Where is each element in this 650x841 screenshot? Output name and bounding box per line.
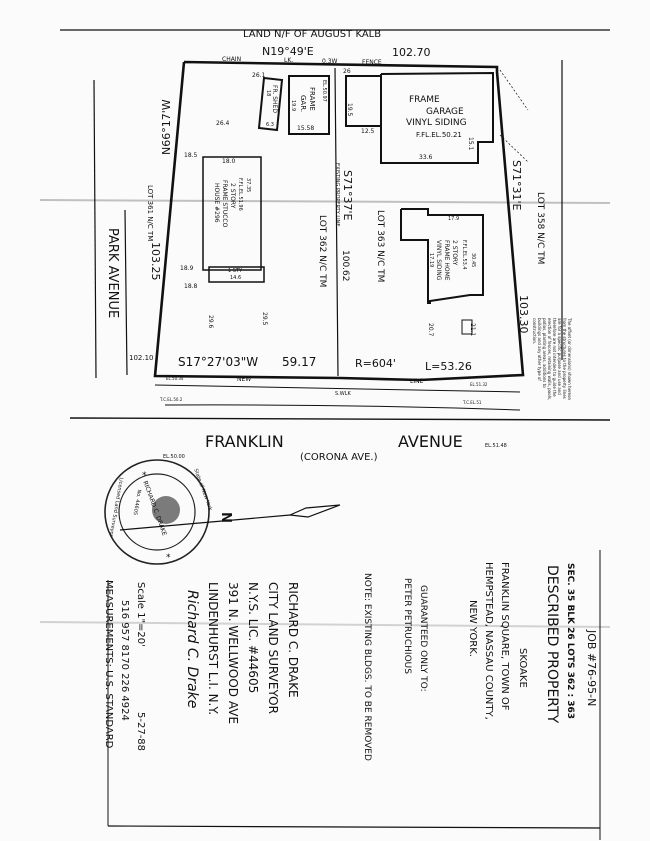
north-label: N <box>218 512 233 523</box>
dim-26-1: 26.1 <box>252 72 265 79</box>
left-house-label-1: 2 STORY <box>229 183 236 208</box>
corner-dim: 102.10 <box>129 354 154 362</box>
garage-dim-3: 26 <box>343 68 351 75</box>
street-alt-name: (CORONA AVE.) <box>300 452 378 463</box>
dim-26-4: 26.4 <box>216 120 229 127</box>
right-house-label-2: FRAME HOME <box>443 240 450 281</box>
measurements-standard: MEASUREMENTS: U.S. STANDARD <box>103 580 114 748</box>
garage-dim-2: 15.1 <box>467 137 474 150</box>
survey-date: 5-27-88 <box>135 712 146 751</box>
surveyor-city: LINDENHURST L.I. N.Y. <box>206 582 220 715</box>
fence-note-3: 0.3W <box>322 58 337 65</box>
left-bearing: N66°17'W <box>160 99 173 155</box>
existing-property-line-label: EXISTING PROPERTY LINE <box>334 163 340 227</box>
left-adjoining-lot: LOT 361 N/C TM <box>146 185 154 241</box>
small-garage-label-1: FRAME <box>308 87 316 111</box>
bottom-distance: 59.17 <box>282 355 316 369</box>
section-block-lots: SEC. 35 BLK 26 LOTS 362 : 363 <box>565 563 575 719</box>
location-line-1: FRANKLIN SQUARE, TOWN OF <box>499 562 510 711</box>
note-existing-bldgs: NOTE: EXISTING BLDGS. TO BE REMOVED <box>362 573 372 761</box>
surveyor-title: CITY LAND SURVEYOR <box>266 582 280 714</box>
fence-note-4: FENCE <box>362 59 382 66</box>
shed-label: FR. SHED <box>271 85 278 113</box>
right-distance: 103.30 <box>517 295 530 334</box>
garage-label-2: GARAGE <box>426 107 464 117</box>
garage-dim-1: 33.6 <box>419 154 432 161</box>
survey-sheet: * * LAND N/F OF AUGUST KALB N19°49'E 102… <box>0 0 650 841</box>
left-house-dim-side: 37.35 <box>245 178 251 192</box>
garage-dim-5: 12.5 <box>361 128 374 135</box>
dim-18-9: 18.9 <box>180 265 193 272</box>
small-garage-label-2: GAR. <box>299 95 307 112</box>
middle-distance: 100.62 <box>340 250 350 282</box>
dim-18-5: 18.5 <box>184 152 197 159</box>
right-house-dim-1: 17.9 <box>448 216 459 222</box>
location-line-2: HEMPSTEAD, NASSAU COUNTY, <box>483 562 494 720</box>
dim-29-5: 29.5 <box>261 312 268 325</box>
park-avenue-label: PARK AVENUE <box>105 228 120 318</box>
right-house-dim-3: 17.19 <box>428 253 434 267</box>
left-house-1sty-dim: 14.6 <box>230 275 241 281</box>
surveyor-license: N.Y.S. LIC. #44605 <box>246 582 260 693</box>
job-number: JOB #76-95-N <box>585 630 598 706</box>
grade-left: EL.50.34 <box>166 376 183 381</box>
shed-dim-1: 18 <box>265 90 271 96</box>
left-house-1sty: 1 STY <box>228 268 242 274</box>
curve-radius: R=604' <box>355 357 396 370</box>
fence-note-2: LK. <box>284 57 293 64</box>
top-distance: 102.70 <box>392 46 431 59</box>
street-el-left: EL.50.00 <box>163 454 185 460</box>
guaranteed-to: PETER PETRUCHIOUS <box>402 578 412 674</box>
small-garage-dim-1: 15.58 <box>297 125 314 132</box>
right-house-label-3: VINYL SIDING <box>435 240 442 280</box>
disclaimer-text: The offset (or dimensions) shown hereon … <box>532 318 572 403</box>
surveyor-signature: Richard C. Drake <box>184 590 200 708</box>
dim-29-6: 29.6 <box>207 315 214 328</box>
small-garage-dim-2: 19.9 <box>290 100 296 111</box>
dim-18-8: 18.8 <box>184 283 197 290</box>
new-line-label-1: NEW <box>237 376 251 383</box>
small-garage-dim-3: EL.50.97 <box>321 80 327 102</box>
lot-363-label: LOT 363 N/C TM <box>375 210 385 282</box>
left-house-label-3: HOUSE #296 <box>213 183 220 223</box>
right-adjoining-lot: LOT 358 N/C TM <box>535 192 545 264</box>
title-described-property: DESCRIBED PROPERTY <box>544 565 560 723</box>
left-house-dim-top: 18.0 <box>222 158 235 165</box>
bottom-bearing: S17°27'03"W <box>178 355 258 369</box>
shed-dim-2: 6.3 <box>266 122 274 128</box>
new-line-label-2: LINE <box>410 378 423 385</box>
middle-bearing: S71°37'E <box>341 170 354 220</box>
curve-length: L=53.26 <box>425 360 472 373</box>
grade-right: EL.51.32 <box>470 382 487 387</box>
svg-text:*: * <box>166 553 171 563</box>
garage-label-3: VINYL SIDING <box>406 118 467 128</box>
right-house-dim-2: 30.45 <box>470 253 476 267</box>
sidewalk-label: S.WLK <box>335 391 351 397</box>
tc-right: T.C.EL.51 <box>463 400 481 405</box>
tc-left: T.C.EL.50.2 <box>160 397 182 402</box>
garage-dim-4: 19.5 <box>346 103 353 116</box>
left-distance: 103.25 <box>149 242 162 281</box>
garage-fl-el: F.FL.EL.50.21 <box>416 131 462 139</box>
right-house-fl-el: F.FL.EL.53.4 <box>461 240 467 270</box>
surveyor-address: 391 N. WELLWOOD AVE <box>226 582 240 724</box>
left-house-label-2: FRAME STUCCO <box>221 180 228 227</box>
left-house-fl-el: F.FL.EL.51.96 <box>237 178 243 211</box>
garage-label-1: FRAME <box>409 95 440 105</box>
guaranteed-label: GUARANTEED ONLY TO: <box>418 585 428 692</box>
street-name: FRANKLIN <box>205 432 284 451</box>
dim-20-7: 20.7 <box>427 323 434 336</box>
surveyor-phone: 516 957 8170 226 4924 <box>119 600 130 721</box>
lot-362-label: LOT 362 N/C TM <box>317 215 327 287</box>
subject-name: SKOAKE <box>517 648 528 688</box>
street-el-right: EL.51.48 <box>485 443 507 449</box>
right-bearing: S71°31'E <box>510 160 523 210</box>
fence-note-1: CHAIN <box>222 56 241 63</box>
location-line-3: NEW YORK. <box>467 600 478 657</box>
street-suffix: AVENUE <box>398 432 463 451</box>
right-house-label-1: 2 STORY <box>451 240 458 265</box>
adjoining-land-label: LAND N/F OF AUGUST KALB <box>243 29 381 40</box>
surveyor-name: RICHARD C. DRAKE <box>286 582 300 698</box>
dim-21-1: 21.1 <box>469 323 476 336</box>
scale-label: Scale 1"=20' <box>135 582 146 647</box>
